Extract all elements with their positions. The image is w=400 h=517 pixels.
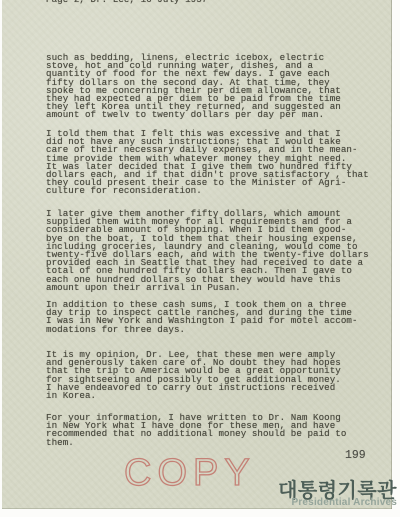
document-paragraph: such as bedding, linens, electric icebox… xyxy=(46,54,376,120)
page-number: 199 xyxy=(345,449,366,462)
document-paragraph: I later give them another fifty dollars,… xyxy=(46,210,376,292)
scanned-document-view: Page 2, Dr. Lee, 16 July 1957 such as be… xyxy=(0,0,400,517)
archives-watermark-english: Presidential Archives xyxy=(291,497,397,508)
document-paragraph: In addition to these cash sums, I took t… xyxy=(46,301,376,334)
document-paragraph: I told them that I felt this was excessi… xyxy=(46,130,376,196)
scanned-page: Page 2, Dr. Lee, 16 July 1957 such as be… xyxy=(2,0,392,509)
copy-stamp: COPY xyxy=(122,449,272,500)
document-header-line-text: Page 2, Dr. Lee, 16 July 1957 xyxy=(46,0,376,4)
copy-stamp-outline: COPY xyxy=(122,449,272,495)
document-paragraph: For your information, I have written to … xyxy=(46,414,376,447)
document-paragraph: It is my opinion, Dr. Lee, that these me… xyxy=(46,351,376,400)
copy-stamp-text: COPY xyxy=(124,452,256,494)
